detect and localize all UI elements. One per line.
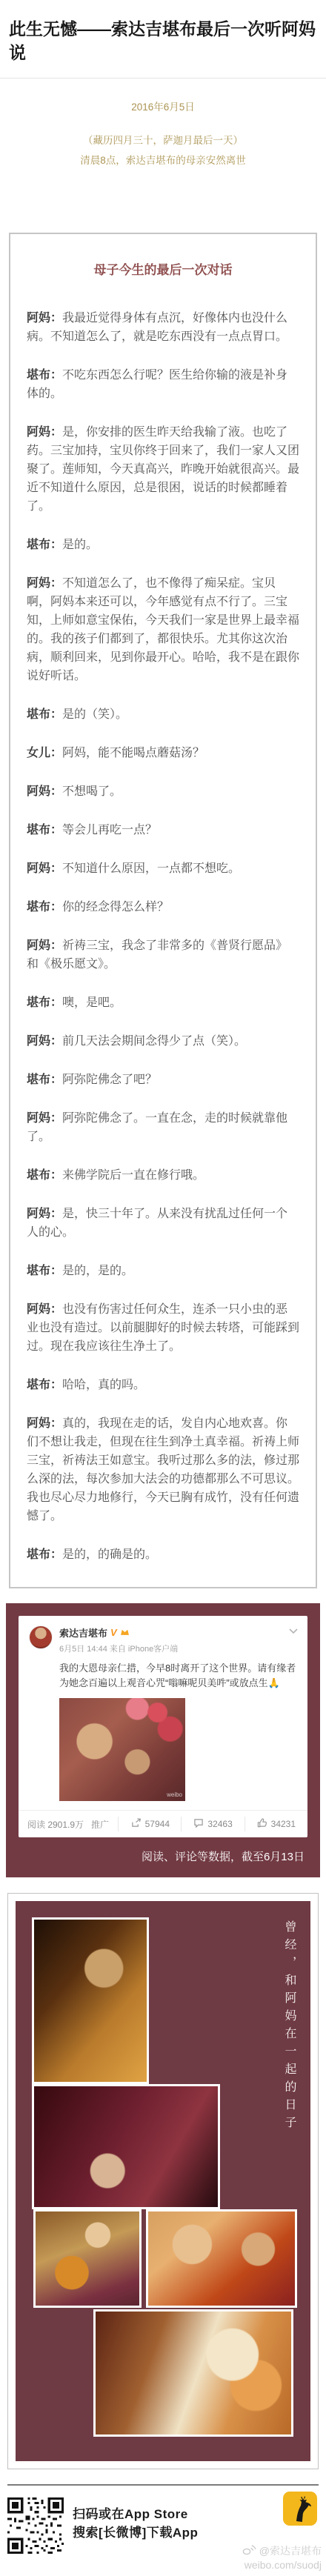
dialog-entry: 堪布：来佛学院后一直在修行哦。 (27, 1166, 299, 1185)
dialog-entry: 阿妈：不知道什么原因，一点都不想吃。 (27, 859, 299, 878)
weibo-logo-icon (242, 2543, 256, 2558)
download-text-line-1: 扫码或在App Store (73, 2505, 198, 2523)
dialog-text: 阿妈，能不能喝点蘑菇汤？ (62, 747, 204, 759)
dialog-text: 噢，是吧。 (62, 996, 122, 1009)
comment-count: 32463 (207, 1819, 232, 1829)
dialog-text: 是的（笑）。 (62, 708, 127, 721)
article-header: 此生无憾——索达吉堪布最后一次听阿妈说 2016年6月5日 （藏历四月三十，萨迦… (0, 11, 326, 170)
vip-crown-icon (120, 1627, 130, 1638)
speaker-label: 阿妈： (27, 1035, 62, 1048)
repost-icon (130, 1818, 142, 1830)
weibo-username[interactable]: 索达吉堪布 (59, 1625, 107, 1640)
dialog-text: 你的经念得怎么样？ (62, 901, 169, 913)
weibo-screenshot-card: 索达吉堪布 V 6月5日 14:44 来自 iPhone客户端 我的大恩母亲仁措… (6, 1603, 320, 1877)
watermark-handle: @索达吉堪布 (259, 2544, 322, 2557)
dialog-entry: 阿妈：我最近觉得身体有点沉，好像体内也没什么病。不知道怎么了，就是吃东西没有一点… (27, 309, 299, 346)
like-count: 34231 (271, 1819, 296, 1829)
comment-icon (193, 1818, 204, 1830)
dialog-entry: 堪布：等会儿再吃一点？ (27, 821, 299, 839)
avatar[interactable] (29, 1625, 53, 1649)
dialog-entry: 堪布：是的。 (27, 536, 299, 554)
chevron-down-icon[interactable] (288, 1625, 299, 1638)
collage-photo-bowing (33, 2209, 142, 2308)
dialog-entry: 阿妈：是，快三十年了。从来没有扰乱过任何一个人的心。 (27, 1205, 299, 1242)
speaker-label: 阿妈： (27, 1417, 62, 1430)
dialog-text: 祈祷三宝，我念了非常多的《普贤行愿品》和《极乐愿文》。 (27, 939, 287, 971)
dialog-entry: 阿妈：前几天法会期间念得少了点（笑）。 (27, 1032, 299, 1051)
dialog-text: 不想喝了。 (62, 785, 122, 798)
weibo-post-text: 我的大恩母亲仁措，今早8时离开了这个世界。请有缘者为她念百遍以上观音心咒“嗡嘛呢… (59, 1661, 297, 1691)
dialog-entry: 堪布：哈哈，真的吗。 (27, 1376, 299, 1394)
dialog-text: 不知道什么原因，一点都不想吃。 (62, 862, 240, 875)
dialog-entry: 阿妈：祈祷三宝，我念了非常多的《普贤行愿品》和《极乐愿文》。 (27, 936, 299, 974)
speaker-label: 堪布： (27, 1265, 62, 1277)
subtitle-line-2: 清晨8点，索达吉堪布的母亲安然离世 (0, 150, 326, 170)
photo-collage-panel: 曾经，和阿妈在一起的日子 (16, 1901, 310, 2461)
dialog-text: 真的，我现在走的话，发自内心地欢喜。你们不想让我走，但现在往生到净土真幸福。祈祷… (27, 1417, 299, 1522)
dialog-entry: 阿妈：真的，我现在走的话，发自内心地欢喜。你们不想让我走，但现在往生到净土真幸福… (27, 1414, 299, 1525)
speaker-label: 阿妈： (27, 1208, 62, 1220)
download-app-text: 扫码或在App Store 搜索[长微博]下载App (73, 2505, 198, 2542)
speaker-label: 堪布： (27, 1074, 62, 1086)
dialog-entry: 堪布：不吃东西怎么行呢？医生给你输的液是补身体的。 (27, 366, 299, 403)
dialog-text: 我最近觉得身体有点沉，好像体内也没什么病。不知道怎么了，就是吃东西没有一点点胃口… (27, 312, 287, 343)
speaker-label: 阿妈： (27, 577, 62, 590)
speaker-label: 堪布： (27, 824, 62, 836)
speaker-label: 堪布： (27, 708, 62, 721)
dialog-entry: 堪布：阿弥陀佛念了吧？ (27, 1071, 299, 1089)
speaker-label: 堪布： (27, 1548, 62, 1561)
header-divider (0, 78, 326, 79)
dialog-text: 是，你安排的医生昨天给我输了液。也吃了药。三宝加持，宝贝你终于回来了，我们一家人… (27, 426, 299, 513)
weibo-data-caption: 阅读、评论等数据，截至6月13日 (19, 1837, 307, 1871)
article-date: 2016年6月5日 (0, 99, 326, 113)
collage-photo-offering-tea (93, 2309, 293, 2437)
speaker-label: 女儿： (27, 747, 62, 759)
photo-watermark: weibo (167, 1791, 182, 1798)
footer: 扫码或在App Store 搜索[长微博]下载App @索达吉堪布 weibo.… (0, 2486, 326, 2576)
dialog-text: 是，快三十年了。从来没有扰乱过任何一个人的心。 (27, 1208, 287, 1239)
speaker-label: 阿妈： (27, 939, 62, 952)
dialog-text: 阿弥陀佛念了。一直在念，走的时候就靠他了。 (27, 1112, 287, 1143)
speaker-label: 阿妈： (27, 785, 62, 798)
collage-photo-holding-hands (32, 2084, 220, 2209)
dialog-entry: 阿妈：是，你安排的医生昨天给我输了液。也吃了药。三宝加持，宝贝你终于回来了，我们… (27, 423, 299, 516)
speaker-label: 阿妈： (27, 1112, 62, 1125)
like-button[interactable]: 34231 (245, 1817, 307, 1831)
dialog-text: 等会儿再吃一点？ (62, 824, 157, 836)
dialog-text: 是的。 (62, 539, 98, 551)
subtitle-line-1: （藏历四月三十，萨迦月最后一天） (0, 130, 326, 150)
collage-vertical-caption: 曾经，和阿妈在一起的日子 (281, 1920, 297, 2134)
speaker-label: 阿妈： (27, 426, 62, 439)
dialog-box: 母子今生的最后一次对话 阿妈：我最近觉得身体有点沉，好像体内也没什么病。不知道怎… (9, 233, 317, 1588)
speaker-label: 堪布： (27, 1169, 62, 1182)
dialog-entry: 阿妈：不想喝了。 (27, 782, 299, 801)
speaker-label: 阿妈： (27, 862, 62, 875)
speaker-label: 堪布： (27, 996, 62, 1009)
collage-photo-mother-portrait (32, 1917, 149, 2084)
dialog-entry: 阿妈：也没有伤害过任何众生，连杀一只小虫的恶业也没有造过。以前腿脚好的时候去转塔… (27, 1300, 299, 1356)
dialog-entry: 堪布：是的（笑）。 (27, 705, 299, 724)
dialog-entry: 堪布：是的，是的。 (27, 1262, 299, 1280)
weibo-reads: 阅读 2901.9万 推广 (19, 1817, 118, 1831)
dialog-text: 是的，是的。 (62, 1265, 133, 1277)
page-title: 此生无憾——索达吉堪布最后一次听阿妈说 (0, 11, 326, 66)
dialog-text: 是的，的确是的。 (62, 1548, 157, 1561)
speaker-label: 堪布： (27, 369, 62, 382)
dialog-entry: 堪布：你的经念得怎么样？ (27, 898, 299, 916)
download-text-line-2: 搜索[长微博]下载App (73, 2523, 198, 2542)
weibo-stats-bar: 阅读 2901.9万 推广 57944 32463 34231 (19, 1810, 307, 1837)
weibo-timestamp: 6月5日 14:44 来自 iPhone客户端 (59, 1643, 297, 1654)
photo-collage-frame: 曾经，和阿妈在一起的日子 (7, 1893, 319, 2469)
dialog-text: 阿弥陀佛念了吧？ (62, 1074, 157, 1086)
dialog-entry: 堪布：是的，的确是的。 (27, 1545, 299, 1564)
changweibo-app-icon (283, 2492, 317, 2526)
dialog-text: 前几天法会期间念得少了点（笑）。 (62, 1035, 246, 1048)
speaker-label: 堪布： (27, 901, 62, 913)
dialog-entry: 堪布：噢，是吧。 (27, 994, 299, 1012)
weibo-post: 索达吉堪布 V 6月5日 14:44 来自 iPhone客户端 我的大恩母亲仁措… (19, 1616, 307, 1837)
speaker-label: 阿妈： (27, 1303, 62, 1316)
dialog-text: 来佛学院后一直在修行哦。 (62, 1169, 204, 1182)
comment-button[interactable]: 32463 (181, 1817, 244, 1831)
dialog-text: 不吃东西怎么行呢？医生给你输的液是补身体的。 (27, 369, 287, 400)
verified-v-badge: V (110, 1627, 117, 1638)
dialog-entry: 阿妈：不知道怎么了，也不像得了痴呆症。宝贝啊，阿妈本来还可以，今年感觉有点不行了… (27, 574, 299, 685)
dialog-text: 哈哈，真的吗。 (62, 1379, 145, 1391)
promote-link[interactable]: 推广 (91, 1818, 109, 1831)
weibo-watermark: @索达吉堪布 weibo.com/suodj (242, 2543, 322, 2572)
dialog-entry: 女儿：阿妈，能不能喝点蘑菇汤？ (27, 744, 299, 762)
dialog-text: 不知道怎么了，也不像得了痴呆症。宝贝啊，阿妈本来还可以，今年感觉有点不行了。三宝… (27, 577, 299, 682)
qr-code (7, 2497, 64, 2554)
watermark-url: weibo.com/suodj (245, 2558, 322, 2572)
speaker-label: 堪布： (27, 539, 62, 551)
collage-photo-mother-and-son (146, 2209, 297, 2308)
repost-count: 57944 (145, 1819, 170, 1829)
reads-count: 阅读 2901.9万 (27, 1818, 84, 1831)
dialog-entry: 阿妈：阿弥陀佛念了。一直在念，走的时候就靠他了。 (27, 1109, 299, 1146)
weibo-post-photo[interactable]: weibo (59, 1698, 185, 1801)
thumbs-up-icon (257, 1818, 267, 1830)
dialog-title: 母子今生的最后一次对话 (27, 259, 299, 278)
speaker-label: 堪布： (27, 1379, 62, 1391)
speaker-label: 阿妈： (27, 312, 62, 325)
repost-button[interactable]: 57944 (118, 1817, 181, 1831)
dialog-text: 也没有伤害过任何众生，连杀一只小虫的恶业也没有造过。以前腿脚好的时候去转塔，可能… (27, 1303, 299, 1353)
article-subtitle: （藏历四月三十，萨迦月最后一天） 清晨8点，索达吉堪布的母亲安然离世 (0, 130, 326, 170)
